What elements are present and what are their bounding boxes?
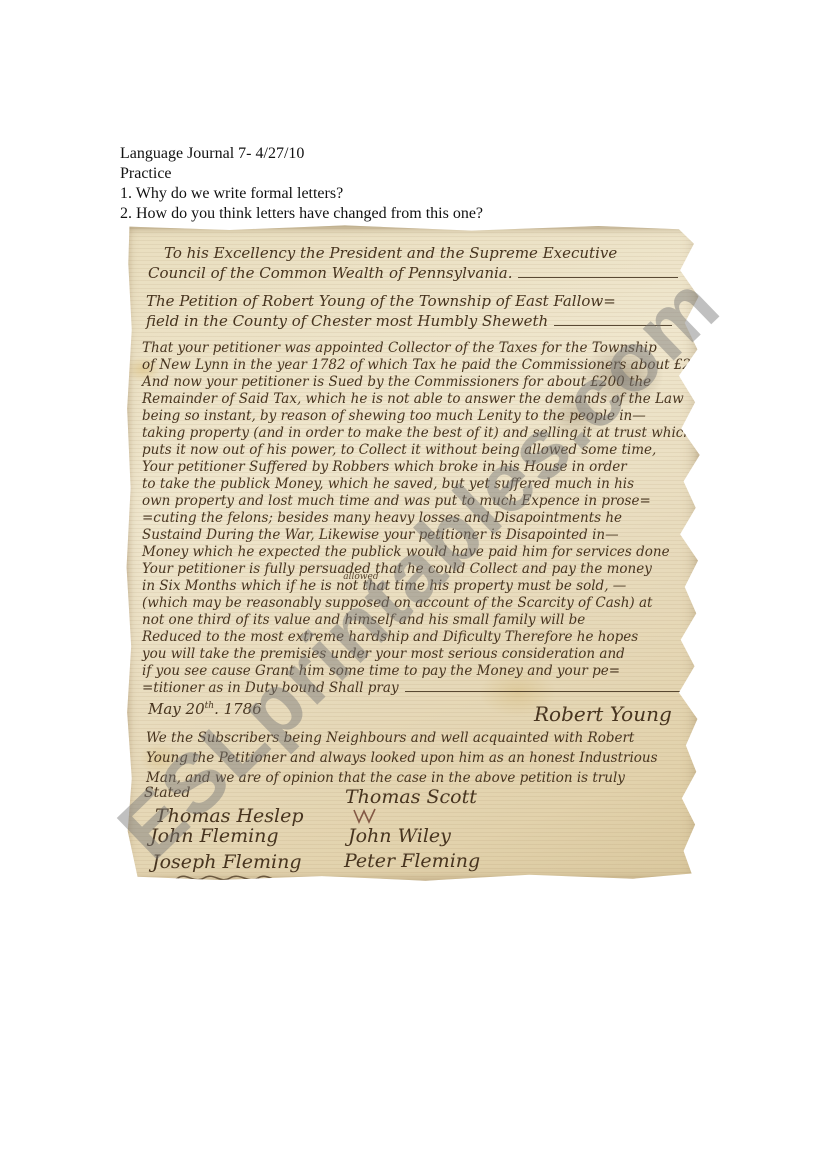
body-line: of New Lynn in the year 1782 of which Ta…	[142, 357, 686, 374]
ink-rule	[405, 691, 682, 692]
body-line: not one third of its value and himself a…	[142, 612, 686, 629]
question-1: 1. Why do we write formal letters?	[120, 184, 483, 204]
witness-signature: John Fleming	[150, 825, 279, 847]
letter-body: That your petitioner was appointed Colle…	[142, 340, 686, 697]
petition-line: The Petition of Robert Young of the Town…	[146, 291, 676, 311]
body-line: to take the publick Money, which he save…	[142, 476, 686, 493]
body-line: in Six Months which if he is not that ti…	[142, 578, 686, 595]
body-line: Your petitioner Suffered by Robbers whic…	[142, 459, 686, 476]
body-line: Reduced to the most extreme hardship and…	[142, 629, 686, 646]
body-line: Remainder of Said Tax, which he is not a…	[142, 391, 686, 408]
interline-insertion: allowed	[343, 569, 378, 586]
witness-signature: Thomas Heslep	[155, 805, 304, 827]
journal-title: Language Journal 7- 4/27/10	[120, 144, 483, 164]
signature-robert-young: Robert Young	[534, 702, 672, 726]
letter-endorsement: We the Subscribers being Neighbours and …	[146, 728, 658, 788]
worksheet-page: Language Journal 7- 4/27/10 Practice 1. …	[0, 0, 821, 1169]
body-line: being so instant, by reason of shewing t…	[142, 408, 686, 425]
body-line: you will take the premisies under your m…	[142, 646, 686, 663]
body-line: puts it now out of his power, to Collect…	[142, 442, 686, 459]
body-line: taking property (and in order to make th…	[142, 425, 686, 442]
endorsement-line: Man, and we are of opinion that the case…	[146, 768, 658, 788]
date-text: . 1786	[214, 700, 262, 718]
practice-label: Practice	[120, 164, 483, 184]
witness-signature: Peter Fleming	[344, 850, 480, 872]
body-line: =cuting the felons; besides many heavy l…	[142, 510, 686, 527]
letter-salutation: To his Excellency the President and the …	[148, 243, 682, 283]
body-line-text: in Six Months which if he is not that ti…	[142, 578, 626, 594]
header-block: Language Journal 7- 4/27/10 Practice 1. …	[120, 144, 483, 224]
body-line: if you see cause Grant him some time to …	[142, 663, 686, 680]
body-line: And now your petitioner is Sued by the C…	[142, 374, 686, 391]
endorsement-line: Young the Petitioner and always looked u…	[146, 748, 658, 768]
salutation-line: To his Excellency the President and the …	[164, 243, 682, 263]
body-line: Money which he expected the publick woul…	[142, 544, 686, 561]
date-text: May 20	[148, 700, 205, 718]
witness-signature: Thomas Scott	[345, 786, 477, 808]
petition-line: field in the County of Chester most Humb…	[146, 311, 548, 331]
date-superscript: th	[205, 701, 214, 711]
body-line: Your petitioner is fully persuaded that …	[142, 561, 686, 578]
ink-rule	[518, 277, 678, 278]
letter-paper: To his Excellency the President and the …	[126, 224, 702, 884]
letter-date: May 20th. 1786	[148, 700, 262, 718]
ink-rule	[554, 325, 672, 326]
body-line-text: =titioner as in Duty bound Shall pray	[142, 680, 399, 697]
witness-signature: Joseph Fleming	[152, 851, 302, 873]
endorsement-line: We the Subscribers being Neighbours and …	[146, 728, 658, 748]
body-line: Sustaind During the War, Likewise your p…	[142, 527, 686, 544]
witness-signature: John Wiley	[348, 825, 451, 847]
body-line: =titioner as in Duty bound Shall pray	[142, 680, 686, 697]
question-2: 2. How do you think letters have changed…	[120, 204, 483, 224]
partial-signature-mark	[154, 872, 284, 884]
body-line: (which may be reasonably supposed on acc…	[142, 595, 686, 612]
stated-label: Stated	[144, 785, 190, 801]
letter-petition-intro: The Petition of Robert Young of the Town…	[146, 291, 676, 331]
letter-scan-image: To his Excellency the President and the …	[120, 222, 720, 890]
salutation-line: Council of the Common Wealth of Pennsylv…	[148, 263, 512, 283]
ink-flourish-mark	[352, 807, 378, 825]
body-line: own property and lost much time and was …	[142, 493, 686, 510]
body-line: That your petitioner was appointed Colle…	[142, 340, 686, 357]
